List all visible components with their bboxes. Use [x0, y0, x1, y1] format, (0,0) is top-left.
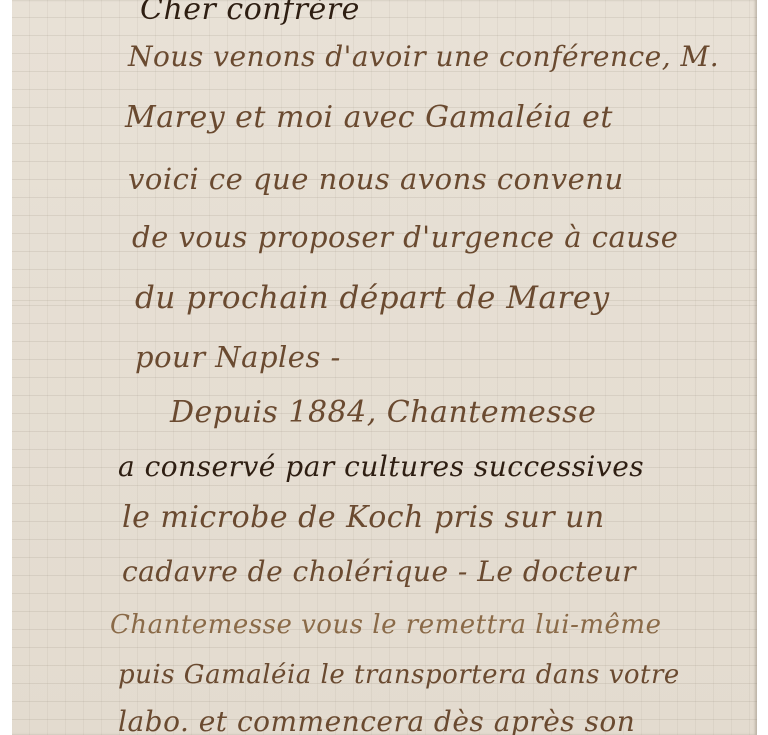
- letter-page: Cher confrère Nous venons d'avoir une co…: [12, 0, 757, 735]
- salutation-line: Cher confrère: [140, 0, 360, 27]
- letter-line-2: Marey et moi avec Gamaléia et: [125, 100, 613, 135]
- letter-line-11: Chantemesse vous le remettra lui-même: [110, 610, 661, 640]
- letter-line-7: Depuis 1884, Chantemesse: [170, 395, 596, 430]
- letter-line-9: le microbe de Koch pris sur un: [122, 500, 605, 535]
- letter-line-8: a conservé par cultures successives: [118, 450, 644, 483]
- letter-line-13: labo. et commencera dès après son: [118, 705, 635, 735]
- letter-line-10: cadavre de cholérique - Le docteur: [122, 555, 636, 588]
- letter-line-6: pour Naples -: [135, 340, 341, 374]
- letter-line-3: voici ce que nous avons convenu: [128, 162, 624, 196]
- letter-line-5: du prochain départ de Marey: [135, 280, 610, 316]
- letter-line-1: Nous venons d'avoir une conférence, M.: [128, 40, 719, 73]
- letter-line-12: puis Gamaléia le transportera dans votre: [118, 660, 680, 690]
- letter-line-4: de vous proposer d'urgence à cause: [132, 220, 678, 254]
